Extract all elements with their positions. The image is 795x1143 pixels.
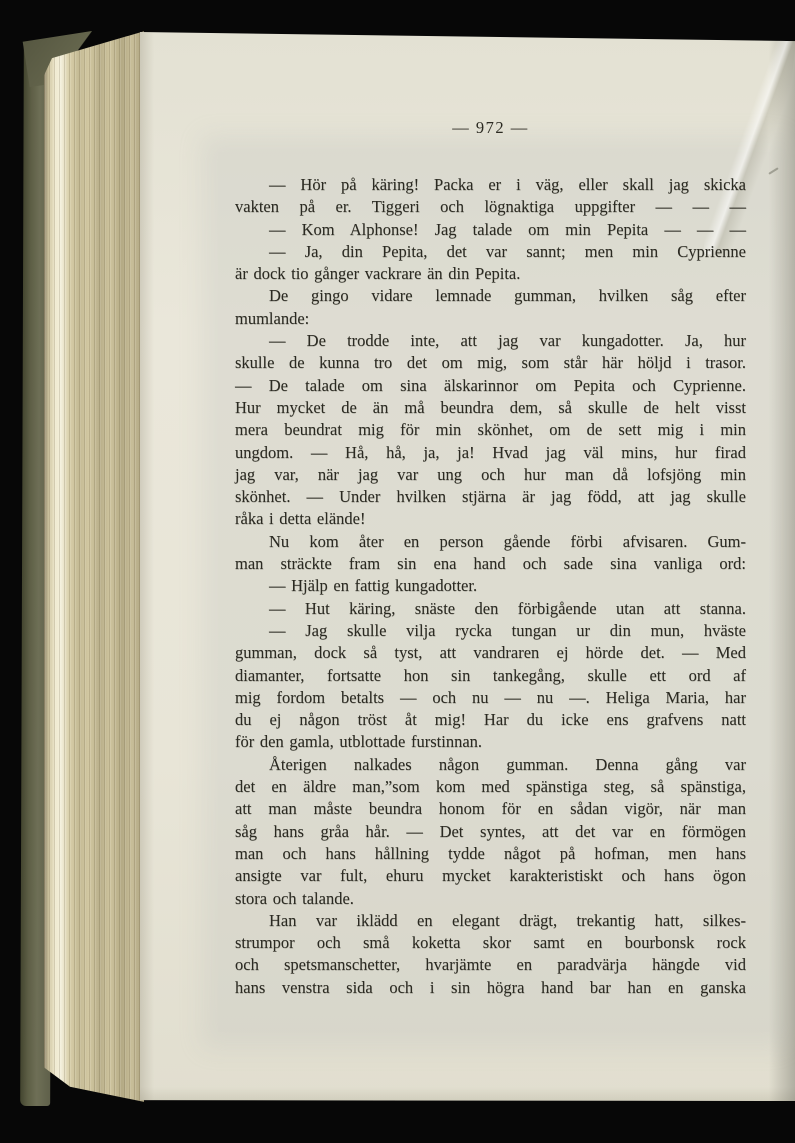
paragraph: Återigen nalkades någon gumman. Denna gå…: [235, 754, 746, 910]
text-line: strumpor och små koketta skor samt en bo…: [235, 932, 746, 954]
text-line: — Hjälp en fattig kungadotter.: [235, 575, 746, 597]
text-line: Nu kom åter en person gående förbi afvis…: [235, 531, 746, 553]
text-block: — Hör på käring! Packa er i väg, eller s…: [235, 174, 746, 999]
paragraph: — Hut käring, snäste den förbigående uta…: [235, 598, 746, 620]
text-line: skulle de kunna tro det om mig, som står…: [235, 352, 746, 374]
text-line: hans venstra sida och i sin högra hand b…: [235, 977, 746, 999]
text-line: att man måste beundra honom för en sådan…: [235, 798, 746, 820]
text-line: — Hör på käring! Packa er i väg, eller s…: [235, 174, 746, 196]
paragraph: — De trodde inte, att jag var kungadotte…: [235, 330, 746, 531]
text-line: Han var iklädd en elegant drägt, trekant…: [235, 910, 746, 932]
text-line: och spetsmanschetter, hvarjämte en parad…: [235, 954, 746, 976]
text-line: — De talade om sina älskarinnor om Pepit…: [235, 375, 746, 397]
text-line: man och hans hållning tydde något på hof…: [235, 843, 746, 865]
text-line: du ej någon tröst åt mig! Har du icke en…: [235, 709, 746, 731]
page-edge-stack: [44, 28, 144, 1104]
text-line: det en äldre man,”som kom med spänstiga …: [235, 776, 746, 798]
book-page: — 972 — — Hör på käring! Packa er i väg,…: [140, 32, 795, 1101]
text-line: ungdom. — Hå, hå, ja, ja! Hvad jag väl m…: [235, 442, 746, 464]
page-number: — 972 —: [235, 118, 746, 138]
paragraph: — Ja, din Pepita, det var sannt; men min…: [235, 241, 746, 286]
paragraph: — Kom Alphonse! Jag talade om min Pepita…: [235, 219, 746, 241]
book-photo: — 972 — — Hör på käring! Packa er i väg,…: [0, 0, 795, 1143]
paragraph: — Hör på käring! Packa er i väg, eller s…: [235, 174, 746, 219]
text-line: — Ja, din Pepita, det var sannt; men min…: [235, 241, 746, 263]
paragraph: — Jag skulle vilja rycka tungan ur din m…: [235, 620, 746, 754]
text-line: såg hans gråa hår. — Det syntes, att det…: [235, 821, 746, 843]
text-line: — Hut käring, snäste den förbigående uta…: [235, 598, 746, 620]
text-line: Återigen nalkades någon gumman. Denna gå…: [235, 754, 746, 776]
paragraph: Nu kom åter en person gående förbi afvis…: [235, 531, 746, 576]
text-line: är dock tio gånger vackrare än din Pepit…: [235, 263, 746, 285]
text-line: råka i detta elände!: [235, 508, 746, 530]
text-line: diamanter, fortsatte hon sin tankegång, …: [235, 665, 746, 687]
text-line: skönhet. — Under hvilken stjärna är jag …: [235, 486, 746, 508]
text-line: mumlande:: [235, 308, 746, 330]
text-line: vakten på er. Tiggeri och lögnaktiga upp…: [235, 196, 746, 218]
text-line: man sträckte fram sin ena hand och sade …: [235, 553, 746, 575]
text-line: mera beundrat mig för min skönhet, om de…: [235, 419, 746, 441]
paragraph: De gingo vidare lemnade gumman, hvilken …: [235, 285, 746, 330]
text-line: mig fordom betalts — och nu — nu —. Heli…: [235, 687, 746, 709]
text-line: gumman, dock så tyst, att vandraren ej h…: [235, 642, 746, 664]
text-line: stora och talande.: [235, 888, 746, 910]
text-line: — Kom Alphonse! Jag talade om min Pepita…: [235, 219, 746, 241]
text-line: De gingo vidare lemnade gumman, hvilken …: [235, 285, 746, 307]
text-line: — Jag skulle vilja rycka tungan ur din m…: [235, 620, 746, 642]
text-line: ansigte var fult, ehuru mycket karakteri…: [235, 865, 746, 887]
text-line: Hur mycket de än må beundra dem, så skul…: [235, 397, 746, 419]
paragraph: Han var iklädd en elegant drägt, trekant…: [235, 910, 746, 999]
paragraph: — Hjälp en fattig kungadotter.: [235, 575, 746, 597]
text-line: för den gamla, utblottade furstinnan.: [235, 731, 746, 753]
text-line: jag var, när jag var ung och hur man då …: [235, 464, 746, 486]
text-line: — De trodde inte, att jag var kungadotte…: [235, 330, 746, 352]
